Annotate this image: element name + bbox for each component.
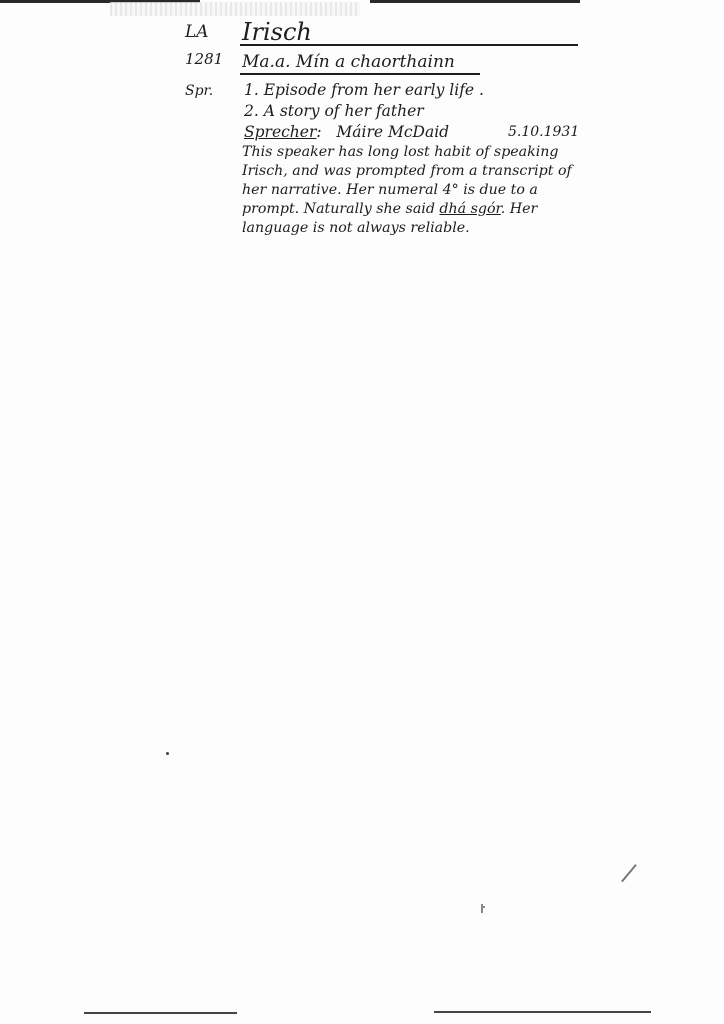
speaker-colon: : bbox=[316, 123, 331, 141]
speaker-name: Máire McDaid bbox=[336, 123, 449, 141]
notes-line: Irisch, and was prompted from a transcri… bbox=[242, 162, 592, 181]
underlined-phrase: dhá sgór bbox=[439, 201, 500, 217]
ink-dot bbox=[166, 752, 169, 755]
notes-text: prompt. Naturally she said bbox=[242, 201, 435, 217]
contents-item: 1. Episode from her early life . bbox=[244, 81, 484, 99]
contents-margin-label: Spr. bbox=[185, 83, 213, 99]
speaker-row: Sprecher: Máire McDaid bbox=[244, 123, 449, 141]
notes-line: This speaker has long lost habit of spea… bbox=[242, 143, 592, 162]
speaker-label: Sprecher bbox=[244, 123, 316, 141]
bottom-rule-left bbox=[84, 1012, 237, 1014]
document-page: LA Irisch 1281 Ma.a. Mín a chaorthainn S… bbox=[0, 0, 724, 1024]
recording-title: Ma.a. Mín a chaorthainn bbox=[242, 52, 455, 72]
scan-smudge bbox=[110, 2, 360, 16]
record-number: 1281 bbox=[185, 50, 223, 68]
notes-line: language is not always reliable. bbox=[242, 219, 592, 238]
notes-text: . Her bbox=[501, 201, 538, 217]
recording-date: 5.10.1931 bbox=[508, 124, 579, 140]
language-heading: Irisch bbox=[242, 18, 312, 46]
notes-line: prompt. Naturally she said dhá sgór. Her bbox=[242, 200, 592, 219]
pencil-mark bbox=[481, 906, 485, 908]
title-underline bbox=[240, 73, 480, 75]
page-top-edge bbox=[370, 0, 580, 3]
bottom-rule-right bbox=[434, 1011, 651, 1013]
contents-item: 2. A story of her father bbox=[244, 102, 424, 120]
notes-line: her narrative. Her numeral 4° is due to … bbox=[242, 181, 592, 200]
margin-code: LA bbox=[185, 22, 209, 42]
notes-paragraph: This speaker has long lost habit of spea… bbox=[242, 143, 592, 238]
heading-underline bbox=[240, 44, 578, 46]
pencil-stroke bbox=[621, 864, 636, 882]
